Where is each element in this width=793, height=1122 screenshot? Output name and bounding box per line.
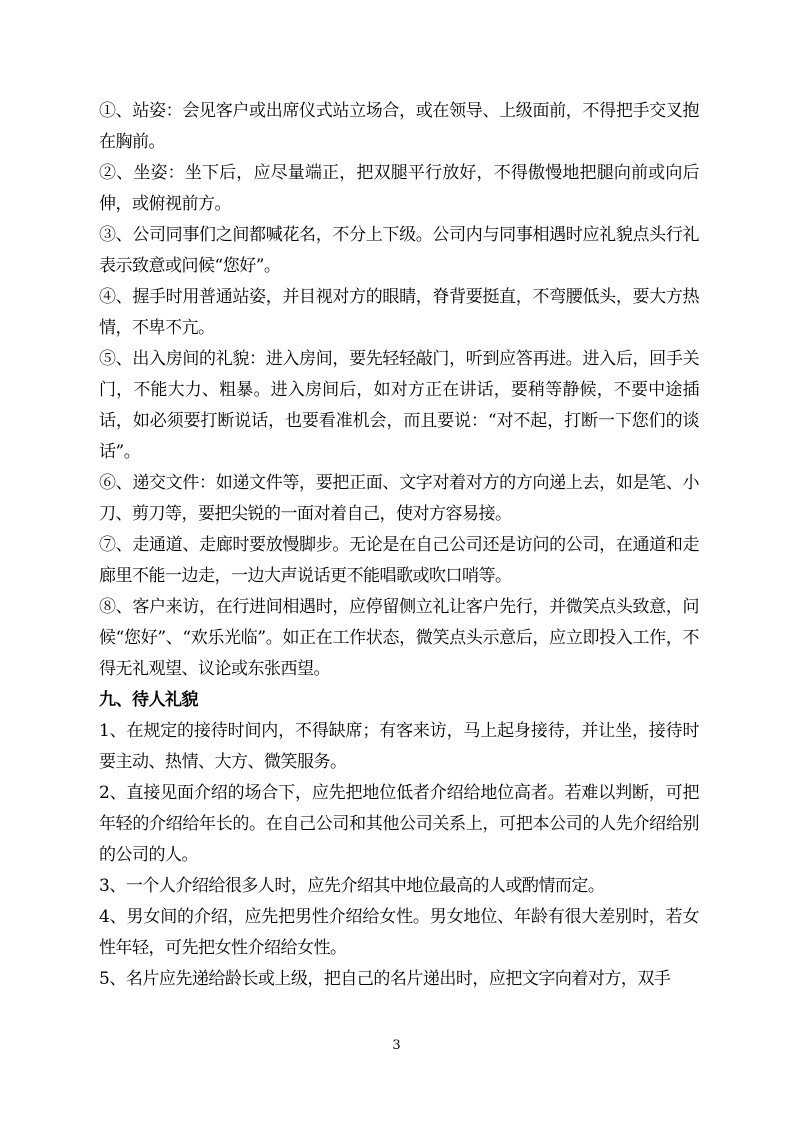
- paragraph: ②、坐姿：坐下后，应尽量端正，把双腿平行放好，不得傲慢地把腿向前或向后伸，或俯视…: [99, 158, 699, 220]
- paragraph: 1、在规定的接待时间内，不得缺席；有客来访，马上起身接待，并让坐，接待时要主动、…: [99, 716, 699, 778]
- section-heading: 九、待人礼貌: [99, 685, 699, 716]
- paragraph: ⑥、递交文件：如递文件等，要把正面、文字对着对方的方向递上去，如是笔、小刀、剪刀…: [99, 468, 699, 530]
- paragraph: ⑦、走通道、走廊时要放慢脚步。无论是在自己公司还是访问的公司，在通道和走廊里不能…: [99, 530, 699, 592]
- paragraph: ⑧、客户来访，在行进间相遇时，应停留侧立礼让客户先行，并微笑点头致意，问候“您好…: [99, 592, 699, 685]
- document-body: ①、站姿：会见客户或出席仪式站立场合，或在领导、上级面前，不得把手交叉抱在胸前。…: [99, 96, 699, 995]
- paragraph: 5、名片应先递给龄长或上级，把自己的名片递出时，应把文字向着对方，双手: [99, 964, 699, 995]
- paragraph: 3、一个人介绍给很多人时，应先介绍其中地位最高的人或酌情而定。: [99, 871, 699, 902]
- paragraph: 4、男女间的介绍，应先把男性介绍给女性。男女地位、年龄有很大差别时，若女性年轻，…: [99, 902, 699, 964]
- paragraph: ⑤、出入房间的礼貌：进入房间，要先轻轻敲门，听到应答再进。进入后，回手关门，不能…: [99, 344, 699, 468]
- paragraph: ④、握手时用普通站姿，并目视对方的眼睛，脊背要挺直，不弯腰低头，要大方热情，不卑…: [99, 282, 699, 344]
- paragraph: 2、直接见面介绍的场合下，应先把地位低者介绍给地位高者。若难以判断，可把年轻的介…: [99, 778, 699, 871]
- paragraph: ③、公司同事们之间都喊花名，不分上下级。公司内与同事相遇时应礼貌点头行礼表示致意…: [99, 220, 699, 282]
- document-page: ①、站姿：会见客户或出席仪式站立场合，或在领导、上级面前，不得把手交叉抱在胸前。…: [0, 0, 793, 1122]
- paragraph: ①、站姿：会见客户或出席仪式站立场合，或在领导、上级面前，不得把手交叉抱在胸前。: [99, 96, 699, 158]
- page-number: 3: [0, 1036, 793, 1056]
